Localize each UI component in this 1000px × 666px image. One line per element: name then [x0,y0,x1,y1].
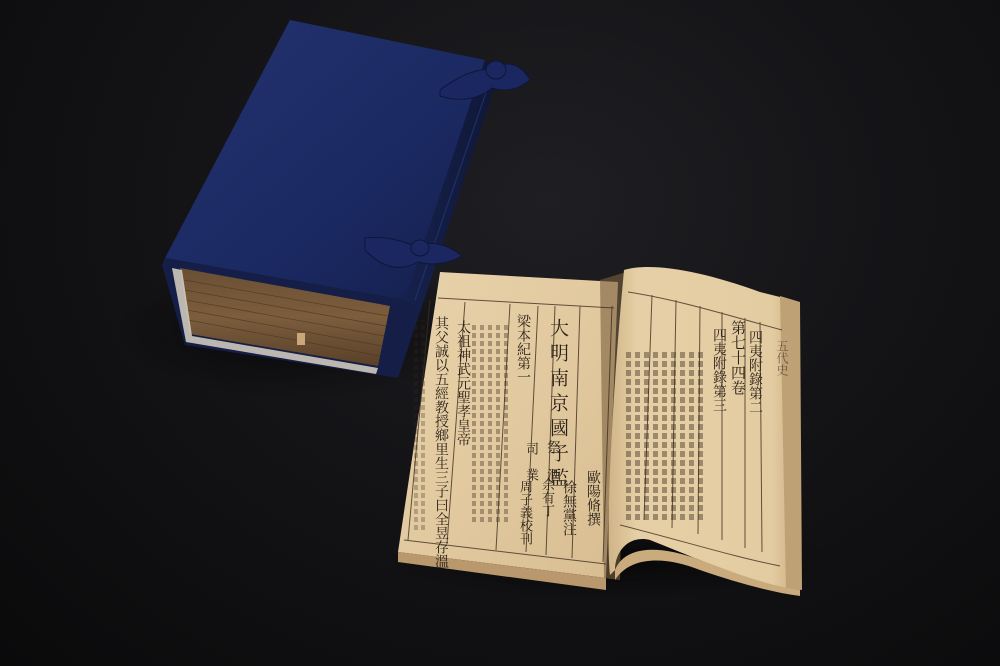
left-page-editor-1: 余有丁 [540,478,553,517]
left-page-chapter-heading: 梁本紀第一 [516,314,530,384]
left-page-author: 歐陽脩撰 [586,470,600,526]
left-page-margin-texture [414,320,428,530]
left-page-editor-2: 周子義校刊 [518,480,531,545]
right-page-volume-heading: 第七十四卷 [730,320,745,395]
right-page-section-heading-2: 四夷附錄第二 [748,330,762,414]
left-page-jijiu: 祭 酒 [546,440,560,482]
right-page-body-text [626,350,706,520]
right-page-edge-label: 五代史 [776,340,788,376]
right-page-section-heading-3: 四夷附錄第三 [712,328,726,412]
left-page-body-3: 其父誠以五經教授鄉里生三子曰全昱存溫 [434,316,448,568]
photo-scene: 歐陽脩撰 徐無黨注 大明南京國子監 祭 酒 余有丁 司 業 周子義校刊 梁本紀第… [0,0,1000,666]
left-page-body-texture [472,322,508,522]
left-page-siye: 司 業 [524,442,537,481]
